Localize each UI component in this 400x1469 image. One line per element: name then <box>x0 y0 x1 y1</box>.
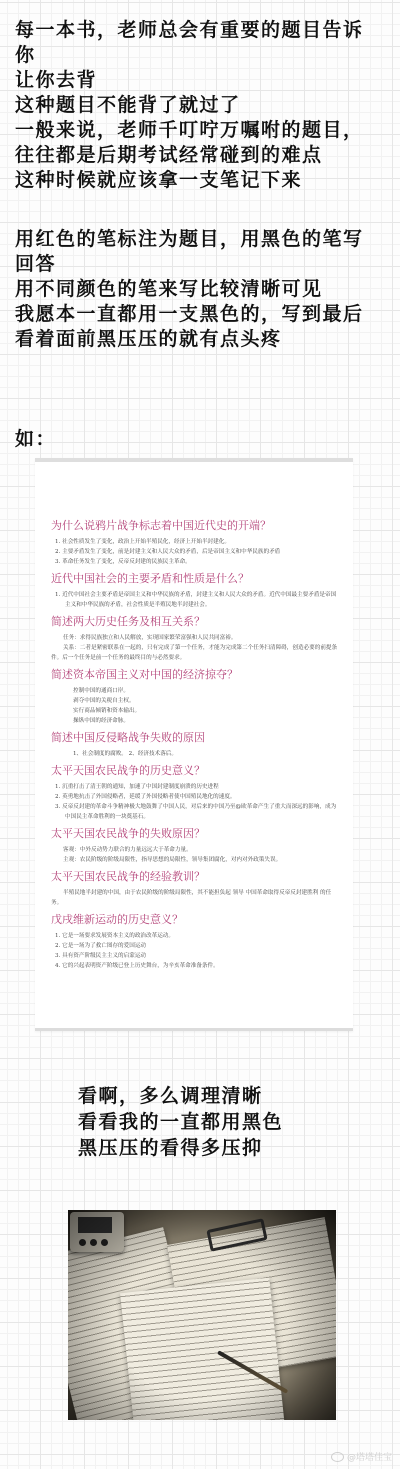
intro-text: 每一本书，老师总会有重要的题目告诉 你 让你去背 这种题目不能背了就过了 一般来… <box>15 18 364 193</box>
note-answer-line: 2. 英勇地抗击了外国侵略者，延缓了外国侵略者使中国殖民地化的速度。 <box>51 792 341 802</box>
method-line: 我愿本一直都用一支黑色的，写到最后 <box>15 302 364 327</box>
intro-line: 往往都是后期考试经常碰到的难点 <box>15 143 364 168</box>
method-text: 用红色的笔标注为题目，用黑色的笔写 回答 用不同颜色的笔来写比较清晰可见 我愿本… <box>15 227 364 352</box>
note-answer-line: 主观：农民阶级的阶级局限性，指导思想的局限性，领导集团腐化，对内对外政策失误。 <box>51 855 341 865</box>
note-question-title: 简述资本帝国主义对中国的经济掠夺？ <box>51 667 341 683</box>
messy-papers-photo <box>68 1210 336 1420</box>
note-answer-line: 半殖民地半封建的中国，由于农民阶级的阶级局限性，其不能担负起 领导 中国革命取得… <box>51 888 341 908</box>
notes-card-image: 为什么说鸦片战争标志着中国近代史的开端？1. 社会性质发生了变化，政治上开始半殖… <box>35 458 353 1031</box>
note-answer-line: 关系：二者是紧密联系在一起的，只有完成了第一个任务，才能为完成第二个任务扫清障碍… <box>51 643 341 663</box>
note-answer-line: 1、社会制度的腐败。 2、经济技术落后。 <box>51 749 341 759</box>
note-answer-line: 1. 它是一场要求发展资本主义的政治改革运动。 <box>51 931 341 941</box>
intro-line: 你 <box>15 43 364 68</box>
intro-line: 让你去背 <box>15 68 364 93</box>
note-answer-line: 1. 沉重打击了清王朝的通知，加速了中国封建制度崩溃的历史进程 <box>51 782 341 792</box>
note-answer-line: 1. 近代中国社会主要矛盾是帝国主义和中华民族的矛盾，封建主义和人民大众的矛盾。… <box>51 590 341 610</box>
intro-line: 这种题目不能背了就过了 <box>15 93 364 118</box>
intro-line: 每一本书，老师总会有重要的题目告诉 <box>15 18 364 43</box>
note-answer-line: 任务：求得民族独立和人民解放，实现国家繁荣富强和人民共同富裕。 <box>51 633 341 643</box>
notes-card-content: 为什么说鸦片战争标志着中国近代史的开端？1. 社会性质发生了变化，政治上开始半殖… <box>51 514 341 971</box>
note-answer-line: 2. 主要矛盾发生了变化，前是封建主义和人民大众的矛盾，后是帝国主义和中华民族的… <box>51 547 341 557</box>
note-answer-line: 3. 革命任务发生了变化，反帝反封建的民族民主革命。 <box>51 557 341 567</box>
note-answer-line: 2. 它是一场为了救亡图存的爱国运动 <box>51 941 341 951</box>
note-question-title: 简述两大历史任务及相互关系？ <box>51 614 341 630</box>
watermark-text: @塔塔佳宝 <box>347 1450 392 1463</box>
note-question-title: 戊戌维新运动的历史意义？ <box>51 912 341 928</box>
watermark: @塔塔佳宝 <box>331 1450 392 1463</box>
note-question-title: 近代中国社会的主要矛盾和性质是什么？ <box>51 571 341 587</box>
intro-line: 这种时候就应该拿一支笔记下来 <box>15 168 364 193</box>
note-answer-line: 客观：中外反动势力联合的力量远远大于革命力量。 <box>51 845 341 855</box>
note-answer-line: 控制中国的通商口岸。 <box>51 686 341 696</box>
method-line: 看着面前黑压压的就有点头疼 <box>15 327 364 352</box>
note-question-title: 太平天国农民战争的历史意义？ <box>51 763 341 779</box>
outro-line: 看啊，多么调理清晰 <box>78 1083 283 1109</box>
note-question-title: 太平天国农民战争的经验教训？ <box>51 869 341 885</box>
outro-line: 黑压压的看得多压抑 <box>78 1135 283 1161</box>
example-label: 如： <box>15 427 56 452</box>
note-answer-line: 剥夺中国的关税自主权。 <box>51 696 341 706</box>
outro-line: 看看我的一直都用黑色 <box>78 1109 283 1135</box>
note-question-title: 为什么说鸦片战争标志着中国近代史的开端？ <box>51 518 341 534</box>
note-answer-line: 1. 社会性质发生了变化，政治上开始半殖民化，经济上开始半封建化。 <box>51 537 341 547</box>
method-line: 用不同颜色的笔来写比较清晰可见 <box>15 277 364 302</box>
note-question-title: 太平天国农民战争的失败原因？ <box>51 826 341 842</box>
intro-line: 一般来说，老师千叮咛万嘱咐的题目， <box>15 118 364 143</box>
outro-text: 看啊，多么调理清晰 看看我的一直都用黑色 黑压压的看得多压抑 <box>78 1083 283 1161</box>
method-line: 用红色的笔标注为题目，用黑色的笔写 <box>15 227 364 252</box>
note-question-title: 简述中国反侵略战争失败的原因 <box>51 730 341 746</box>
method-line: 回答 <box>15 252 364 277</box>
note-answer-line: 3. 具有资产阶级民主主义的启蒙运动 <box>51 951 341 961</box>
weibo-icon <box>331 1452 344 1462</box>
note-answer-line: 3. 反帝反封建的革命斗争精神极大地鼓舞了中国人民，对后来的中国乃至@欧革命产生… <box>51 802 341 822</box>
note-answer-line: 实行商品倾销和资本输出。 <box>51 706 341 716</box>
note-answer-line: 操纵中国的经济命脉。 <box>51 716 341 726</box>
note-answer-line: 4. 它的兴起表明资产阶级已登上历史舞台，为辛亥革命准备条件。 <box>51 961 341 971</box>
